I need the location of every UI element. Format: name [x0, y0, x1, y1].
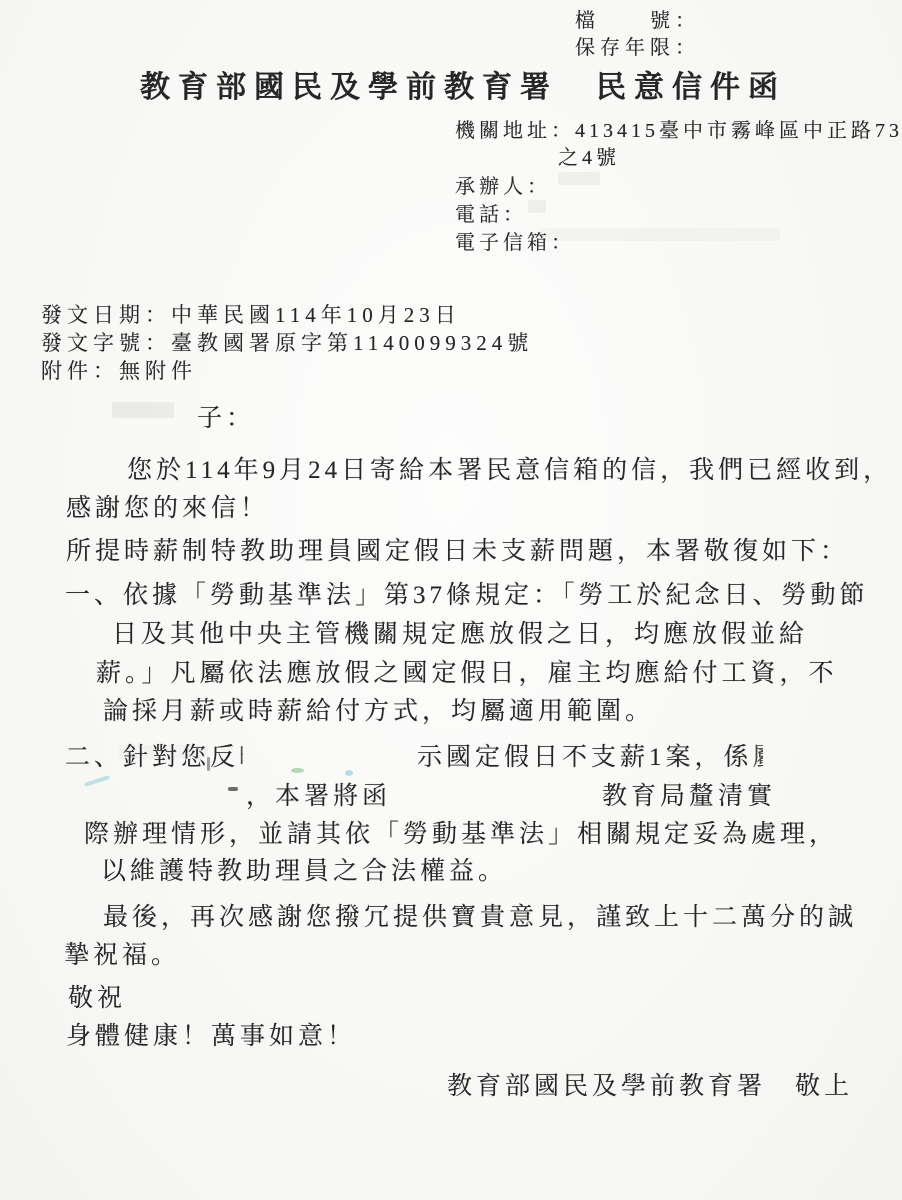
agency-address-line2: 之4號	[558, 141, 620, 170]
dispatch-number-value: 臺教國署原字第1140099324號	[171, 331, 533, 355]
redaction-smudge	[112, 402, 174, 418]
document-title: 教育部國民及學前教育署 民意信件函	[140, 62, 786, 106]
item2-line3: 際辦理情形，並請其依「勞動基準法」相關規定妥為處理，	[84, 814, 838, 850]
contact-person-label: 承辦人：	[455, 170, 551, 199]
paragraph2: 所提時薪制特教助理員國定假日未支薪問題，本署敬復如下：	[66, 531, 849, 567]
closing-line2: 身體健康！萬事如意！	[66, 1016, 356, 1052]
dispatch-date-value: 中華民國114年10月23日	[171, 303, 461, 327]
item2-line2: ，本署將函 教育局釐清實	[0, 776, 902, 816]
paragraph3-line1: 最後，再次感謝您撥冗提供寶貴意見，謹致上十二萬分的誠	[103, 897, 857, 933]
closing-line1: 敬祝	[68, 978, 126, 1014]
agency-address-value: 413415臺中市霧峰區中正路738	[575, 120, 902, 142]
paragraph1-line2: 感謝您的來信！	[66, 488, 269, 524]
agency-address-line1: 機關地址：413415臺中市霧峰區中正路738	[455, 114, 902, 143]
file-number-label: 檔 號：	[575, 4, 700, 33]
signature-line: 教育部國民及學前教育署 敬上	[447, 1066, 853, 1102]
item2-line2-segment1: ，本署將函	[246, 776, 391, 812]
redacted-glyph-fragment: 映	[239, 737, 243, 773]
agency-address-label: 機關地址：	[455, 120, 575, 142]
retention-period-label: 保存年限：	[575, 31, 700, 60]
dispatch-number-label: 發文字號：	[41, 331, 171, 355]
paragraph3-line2: 摯祝福。	[64, 935, 180, 971]
item1-line4: 論採月薪或時薪給付方式，均屬適用範圍。	[103, 691, 654, 727]
item2-line2-segment2: 教育局釐清實	[602, 776, 776, 812]
scanned-letter-page: 檔 號： 保存年限： 教育部國民及學前教育署 民意信件函 機關地址：413415…	[0, 0, 902, 1200]
dispatch-number-line: 發文字號：臺教國署原字第1140099324號	[41, 327, 533, 357]
attachment-label: 附件：	[41, 359, 119, 383]
item1-line1: 一、依據「勞動基準法」第37條規定：「勞工於紀念日、勞動節	[65, 575, 869, 611]
attachment-value: 無附件	[119, 359, 197, 383]
redacted-glyph-fragment: 屬	[753, 737, 764, 773]
redaction-smudge	[540, 228, 780, 241]
dispatch-date-label: 發文日期：	[41, 303, 171, 327]
redaction-smudge	[118, 745, 208, 759]
scan-artifact	[345, 770, 353, 776]
redaction-smudge	[558, 172, 600, 185]
salutation: 子：	[197, 398, 255, 434]
scan-artifact	[228, 787, 238, 791]
phone-label: 電話：	[455, 198, 527, 227]
scan-artifact	[207, 757, 210, 771]
item2-line4: 以維護特教助理員之合法權益。	[101, 851, 507, 887]
item1-line2: 日及其他中央主管機關規定應放假之日，均應放假並給	[112, 614, 808, 650]
item1-line3: 薪。」凡屬依法應放假之國定假日，雇主均應給付工資，不	[96, 653, 838, 689]
redaction-smudge	[528, 200, 546, 213]
item2-line1-segment2: 示國定假日不支薪1案，係屬	[417, 737, 763, 773]
attachment-line: 附件：無附件	[41, 355, 197, 385]
dispatch-date-line: 發文日期：中華民國114年10月23日	[41, 299, 461, 329]
paragraph1-line1: 您於114年9月24日寄給本署民意信箱的信，我們已經收到，	[127, 450, 892, 486]
scan-artifact	[291, 768, 304, 773]
